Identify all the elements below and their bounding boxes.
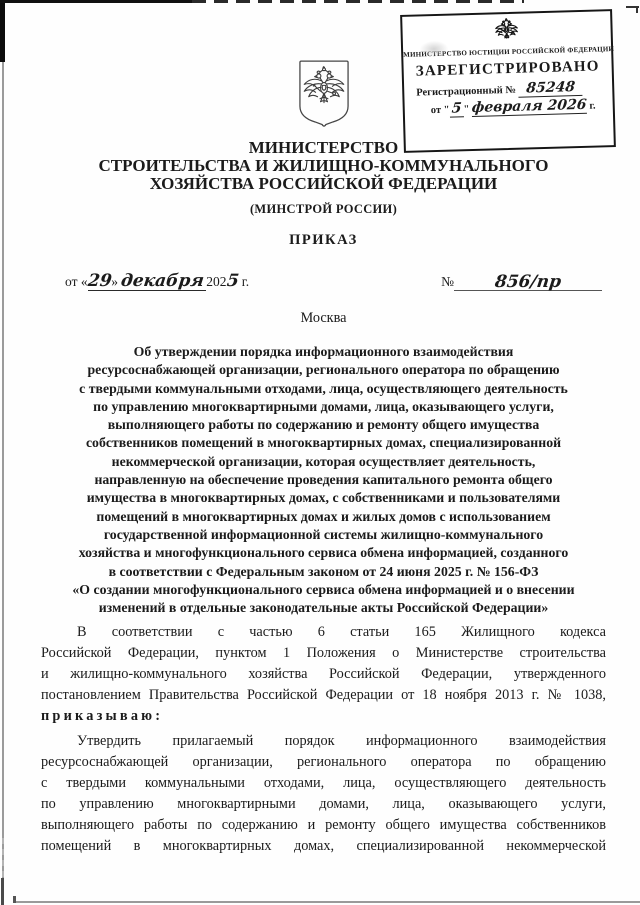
preamble-line: В соответствии с частью 6 статьи 165 Жил…: [41, 622, 606, 643]
order-title-line: хозяйства и многофункционального сервиса…: [41, 544, 606, 562]
scanned-document-page: { "stamp": { "ministry_line": "МИНИСТЕРС…: [0, 0, 640, 905]
number-label: №: [441, 274, 454, 289]
order-title-line: помещений в многоквартирных домах и жилы…: [41, 508, 606, 526]
ministry-name: МИНИСТЕРСТВОСТРОИТЕЛЬСТВА И ЖИЛИЩНО-КОММ…: [41, 139, 606, 193]
place-line: Москва: [41, 310, 606, 326]
order-title: Об утверждении порядка информационного в…: [41, 343, 606, 617]
ministry-name-line: МИНИСТЕРСТВО: [41, 139, 606, 157]
order-item-line: выполняющего работы по содержанию и ремо…: [41, 815, 606, 836]
emblem-wrap: [41, 58, 606, 134]
order-title-line: выполняющего работы по содержанию и ремо…: [41, 416, 606, 434]
date-year-printed: 202: [206, 274, 226, 289]
scan-corner-mark: [636, 6, 638, 13]
preamble-line: Российской Федерации, пунктом 1 Положени…: [41, 643, 606, 664]
date-day-handwritten: 29: [87, 274, 112, 288]
paragraph-preamble: В соответствии с частью 6 статьи 165 Жил…: [41, 622, 606, 706]
order-title-line: ресурсоснабжающей организации, региональ…: [41, 361, 606, 379]
ministry-name-line: СТРОИТЕЛЬСТВА И ЖИЛИЩНО-КОММУНАЛЬНОГО: [41, 157, 606, 175]
preamble-line: и жилищно-коммунального хозяйства Россий…: [41, 664, 606, 685]
date-and-number-row: от «29» декабря2025 г. №856/пр: [41, 271, 606, 297]
order-item-line: по управлению многоквартирными домами, л…: [41, 794, 606, 815]
order-verb: приказываю:: [41, 706, 606, 727]
scan-edge-bottom-tick: [13, 896, 16, 903]
order-title-line: направленную на обеспечение проведения к…: [41, 471, 606, 489]
order-title-line: собственников помещений в многоквартирны…: [41, 434, 606, 452]
order-title-line: изменений в отдельные законодательные ак…: [41, 599, 606, 617]
scan-edge-left-top: [0, 0, 5, 62]
preamble-line: постановлением Правительства Российской …: [41, 685, 606, 706]
paragraph-order-item: Утвердить прилагаемый порядок информацио…: [41, 731, 606, 857]
document-number: №856/пр: [441, 274, 602, 291]
ministry-short-name: (МИНСТРОЙ РОССИИ): [41, 202, 606, 217]
date-from-label: от «: [65, 274, 88, 289]
order-title-line: имущества в многоквартирных домах, с соб…: [41, 489, 606, 507]
number-value-handwritten: 856/пр: [494, 276, 561, 288]
order-title-line: некоммерческой организации, которая осущ…: [41, 453, 606, 471]
order-title-line: государственной информационной системы ж…: [41, 526, 606, 544]
order-title-line: с твердыми коммунальными отходами, лица,…: [41, 380, 606, 398]
document-body: МИНИСТЕРСТВОСТРОИТЕЛЬСТВА И ЖИЛИЩНО-КОММ…: [41, 0, 606, 857]
order-item-line: с твердыми коммунальными отходами, лица,…: [41, 773, 606, 794]
document-type-title: ПРИКАЗ: [41, 232, 606, 248]
scan-edge-bottom: [14, 901, 640, 903]
order-title-line: по управлению многоквартирными домами, л…: [41, 398, 606, 416]
date-month-handwritten: декабря: [121, 274, 206, 288]
scan-edge-left-dashes: [2, 838, 4, 878]
order-item-line: ресурсоснабжающей организации, региональ…: [41, 752, 606, 773]
ministry-name-line: ХОЗЯЙСТВА РОССИЙСКОЙ ФЕДЕРАЦИИ: [41, 175, 606, 193]
document-date: от «29» декабря2025 г.: [65, 274, 249, 290]
date-g-label: г.: [242, 274, 249, 289]
order-title-line: Об утверждении порядка информационного в…: [41, 343, 606, 361]
russia-coat-of-arms-icon: [292, 58, 356, 134]
date-year-handwritten: 5: [226, 274, 240, 288]
order-title-line: «О создании многофункционального сервиса…: [41, 581, 606, 599]
scan-edge-left: [2, 0, 4, 905]
order-item-line: помещений в многоквартирных домах, специ…: [41, 836, 606, 857]
order-title-line: в соответствии с Федеральным законом от …: [41, 563, 606, 581]
scan-edge-left-bottom: [1, 878, 4, 905]
order-item-line: Утвердить прилагаемый порядок информацио…: [41, 731, 606, 752]
